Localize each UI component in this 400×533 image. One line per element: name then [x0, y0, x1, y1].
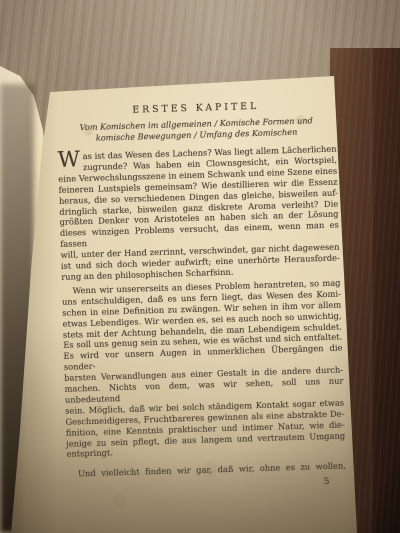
page-text-block: ERSTES KAPITEL Vom Komischen im allgemei…	[56, 93, 347, 496]
dropcap-letter: W	[57, 149, 83, 171]
paragraph-1: as ist das Wesen des Lachens? Was liegt …	[58, 144, 341, 283]
chapter-subtitle: Vom Komischen im allgemeinen / Komische …	[57, 115, 337, 145]
photo-open-book: ERSTES KAPITEL Vom Komischen im allgemei…	[0, 0, 400, 533]
paragraph-2: Wenn wir unsererseits an dieses Problem …	[61, 277, 345, 460]
